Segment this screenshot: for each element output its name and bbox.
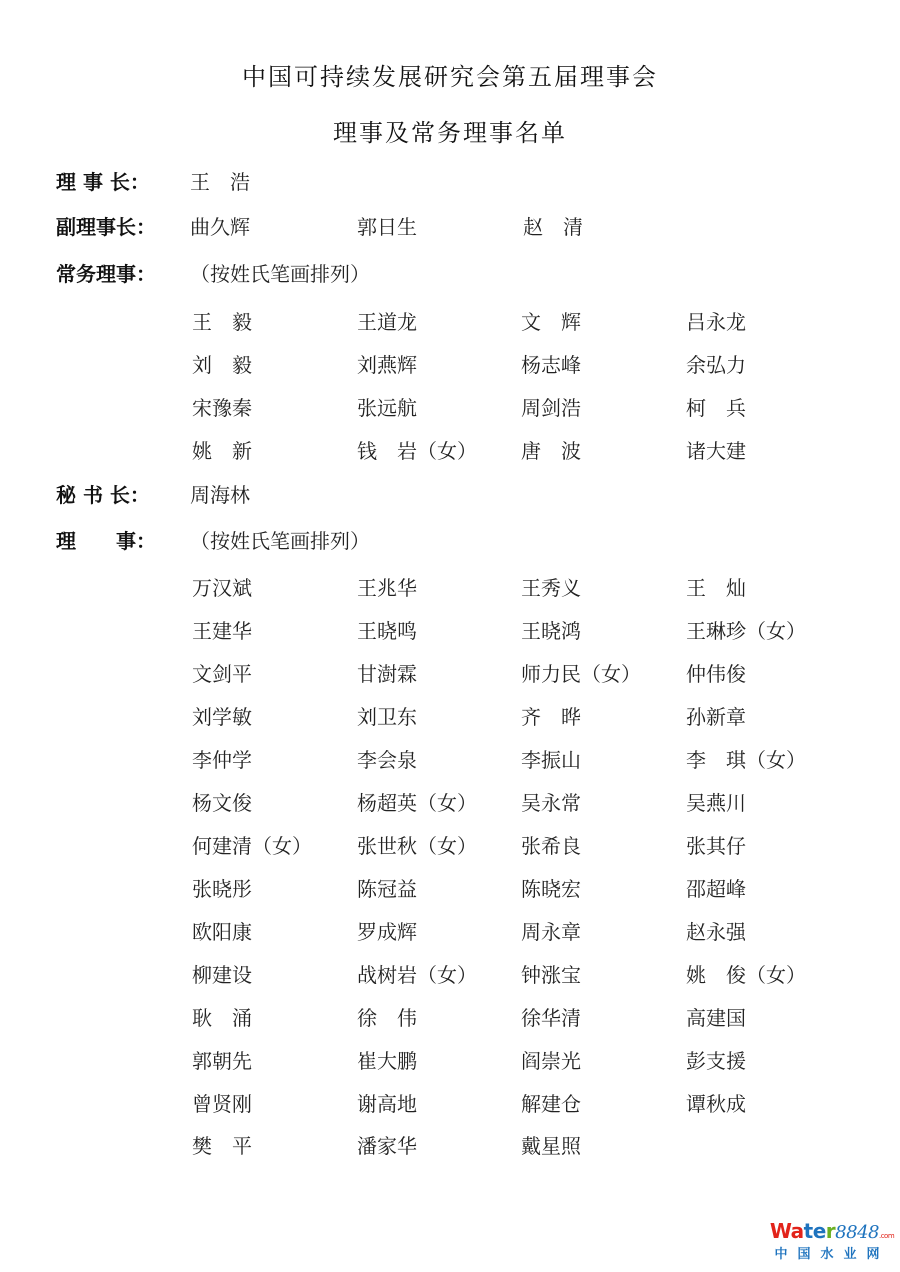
list-item: 王建华 <box>192 615 252 644</box>
chairman-label: 理 事 长： <box>56 166 150 195</box>
list-item: 刘学敏 <box>192 701 252 730</box>
list-row: 王建华 王晓鸣 王晓鸿 王琳珍（女） <box>0 615 900 645</box>
list-item: 阎崇光 <box>521 1045 581 1074</box>
list-row: 万汉斌 王兆华 王秀义 王 灿 <box>0 572 900 602</box>
list-item: 曾贤刚 <box>192 1088 252 1117</box>
list-item: 张希良 <box>521 830 581 859</box>
list-item: 齐 晔 <box>521 701 581 730</box>
brand-text: te <box>804 1219 826 1243</box>
list-item: 刘燕辉 <box>357 349 417 378</box>
list-item: 李会泉 <box>357 744 417 773</box>
list-item: 战树岩（女） <box>357 959 477 988</box>
list-row: 何建清（女） 张世秋（女） 张希良 张其仔 <box>0 830 900 860</box>
brand-text: r <box>826 1219 835 1243</box>
list-item: 邵超峰 <box>686 873 746 902</box>
list-item: 杨志峰 <box>521 349 581 378</box>
standing-directors-label: 常务理事： <box>56 258 156 287</box>
brand-number: 8848 <box>835 1222 879 1243</box>
list-item: 甘澍霖 <box>357 658 417 687</box>
document-title: 中国可持续发展研究会第五届理事会 <box>0 57 900 92</box>
list-item: 王 毅 <box>192 306 252 335</box>
watermark-brand: Water8848.com <box>768 1220 896 1247</box>
list-item: 高建国 <box>686 1002 746 1031</box>
list-item: 崔大鹏 <box>357 1045 417 1074</box>
list-item: 张晓彤 <box>192 873 252 902</box>
list-item: 杨超英（女） <box>357 787 477 816</box>
brand-text: Wa <box>770 1219 804 1243</box>
list-row: 宋豫秦 张远航 周剑浩 柯 兵 <box>0 392 900 422</box>
secretary-general-row: 秘 书 长： 周海林 <box>0 479 900 509</box>
list-item: 柳建设 <box>192 959 252 988</box>
list-row: 柳建设 战树岩（女） 钟涨宝 姚 俊（女） <box>0 959 900 989</box>
secretary-general-name: 周海林 <box>190 479 250 508</box>
list-row: 刘 毅 刘燕辉 杨志峰 余弘力 <box>0 349 900 379</box>
list-item: 欧阳康 <box>192 916 252 945</box>
list-item: 彭支援 <box>686 1045 746 1074</box>
list-item: 孙新章 <box>686 701 746 730</box>
list-row: 耿 涌 徐 伟 徐华清 高建国 <box>0 1002 900 1032</box>
list-item: 刘卫东 <box>357 701 417 730</box>
list-item: 王秀义 <box>521 572 581 601</box>
sort-note: （按姓氏笔画排列） <box>190 525 370 554</box>
list-row: 欧阳康 罗成辉 周永章 赵永强 <box>0 916 900 946</box>
document-subtitle: 理事及常务理事名单 <box>0 113 900 148</box>
list-item: 余弘力 <box>686 349 746 378</box>
list-item: 钟涨宝 <box>521 959 581 988</box>
list-item: 周剑浩 <box>521 392 581 421</box>
vice-chairman-name: 曲久辉 <box>190 211 250 240</box>
list-item: 罗成辉 <box>357 916 417 945</box>
list-row: 文剑平 甘澍霖 师力民（女） 仲伟俊 <box>0 658 900 688</box>
list-item: 文剑平 <box>192 658 252 687</box>
list-item: 赵永强 <box>686 916 746 945</box>
list-item: 王 灿 <box>686 572 746 601</box>
list-item: 徐 伟 <box>357 1002 417 1031</box>
list-item: 王道龙 <box>357 306 417 335</box>
list-item: 李 琪（女） <box>686 744 806 773</box>
list-item: 吕永龙 <box>686 306 746 335</box>
vice-chairmen-row: 副理事长： 曲久辉 郭日生 赵 清 <box>0 211 900 241</box>
list-item: 王晓鸣 <box>357 615 417 644</box>
directors-label: 理 事： <box>56 525 156 554</box>
list-row: 姚 新 钱 岩（女） 唐 波 诸大建 <box>0 435 900 465</box>
vice-chairman-name: 郭日生 <box>357 211 417 240</box>
directors-header: 理 事： （按姓氏笔画排列） <box>0 525 900 555</box>
chairman-row: 理 事 长： 王 浩 <box>0 166 900 196</box>
brand-suffix: .com <box>879 1232 894 1240</box>
chairman-name: 王 浩 <box>190 166 250 195</box>
list-item: 万汉斌 <box>192 572 252 601</box>
list-item: 陈冠益 <box>357 873 417 902</box>
list-row: 张晓彤 陈冠益 陈晓宏 邵超峰 <box>0 873 900 903</box>
list-item: 王兆华 <box>357 572 417 601</box>
list-item: 宋豫秦 <box>192 392 252 421</box>
list-item: 张远航 <box>357 392 417 421</box>
list-item: 谭秋成 <box>686 1088 746 1117</box>
list-item: 郭朝先 <box>192 1045 252 1074</box>
list-item: 杨文俊 <box>192 787 252 816</box>
list-item: 解建仓 <box>521 1088 581 1117</box>
list-item: 诸大建 <box>686 435 746 464</box>
list-row: 王 毅 王道龙 文 辉 吕永龙 <box>0 306 900 336</box>
list-item: 李仲学 <box>192 744 252 773</box>
list-item: 陈晓宏 <box>521 873 581 902</box>
list-item: 何建清（女） <box>192 830 312 859</box>
list-row: 樊 平 潘家华 戴星照 <box>0 1130 900 1160</box>
list-item: 戴星照 <box>521 1130 581 1159</box>
list-row: 李仲学 李会泉 李振山 李 琪（女） <box>0 744 900 774</box>
list-item: 徐华清 <box>521 1002 581 1031</box>
vice-chairmen-label: 副理事长： <box>56 211 156 240</box>
list-item: 姚 俊（女） <box>686 959 806 988</box>
list-item: 唐 波 <box>521 435 581 464</box>
list-item: 张其仔 <box>686 830 746 859</box>
list-item: 仲伟俊 <box>686 658 746 687</box>
list-item: 李振山 <box>521 744 581 773</box>
list-row: 郭朝先 崔大鹏 阎崇光 彭支援 <box>0 1045 900 1075</box>
list-item: 刘 毅 <box>192 349 252 378</box>
list-item: 钱 岩（女） <box>357 435 477 464</box>
list-item: 吴永常 <box>521 787 581 816</box>
sort-note: （按姓氏笔画排列） <box>190 258 370 287</box>
vice-chairman-name: 赵 清 <box>523 211 583 240</box>
list-item: 谢高地 <box>357 1088 417 1117</box>
list-row: 曾贤刚 谢高地 解建仓 谭秋成 <box>0 1088 900 1118</box>
list-item: 樊 平 <box>192 1130 252 1159</box>
list-row: 杨文俊 杨超英（女） 吴永常 吴燕川 <box>0 787 900 817</box>
list-item: 吴燕川 <box>686 787 746 816</box>
list-item: 耿 涌 <box>192 1002 252 1031</box>
watermark-logo: Water8848.com 中国水业网 <box>768 1220 896 1263</box>
list-item: 王琳珍（女） <box>686 615 806 644</box>
list-item: 张世秋（女） <box>357 830 477 859</box>
list-item: 潘家华 <box>357 1130 417 1159</box>
standing-directors-header: 常务理事： （按姓氏笔画排列） <box>0 258 900 288</box>
list-item: 师力民（女） <box>521 658 641 687</box>
watermark-subtitle: 中国水业网 <box>768 1247 896 1263</box>
secretary-general-label: 秘 书 长： <box>56 479 150 508</box>
list-item: 王晓鸿 <box>521 615 581 644</box>
list-row: 刘学敏 刘卫东 齐 晔 孙新章 <box>0 701 900 731</box>
list-item: 柯 兵 <box>686 392 746 421</box>
list-item: 姚 新 <box>192 435 252 464</box>
list-item: 文 辉 <box>521 306 581 335</box>
list-item: 周永章 <box>521 916 581 945</box>
